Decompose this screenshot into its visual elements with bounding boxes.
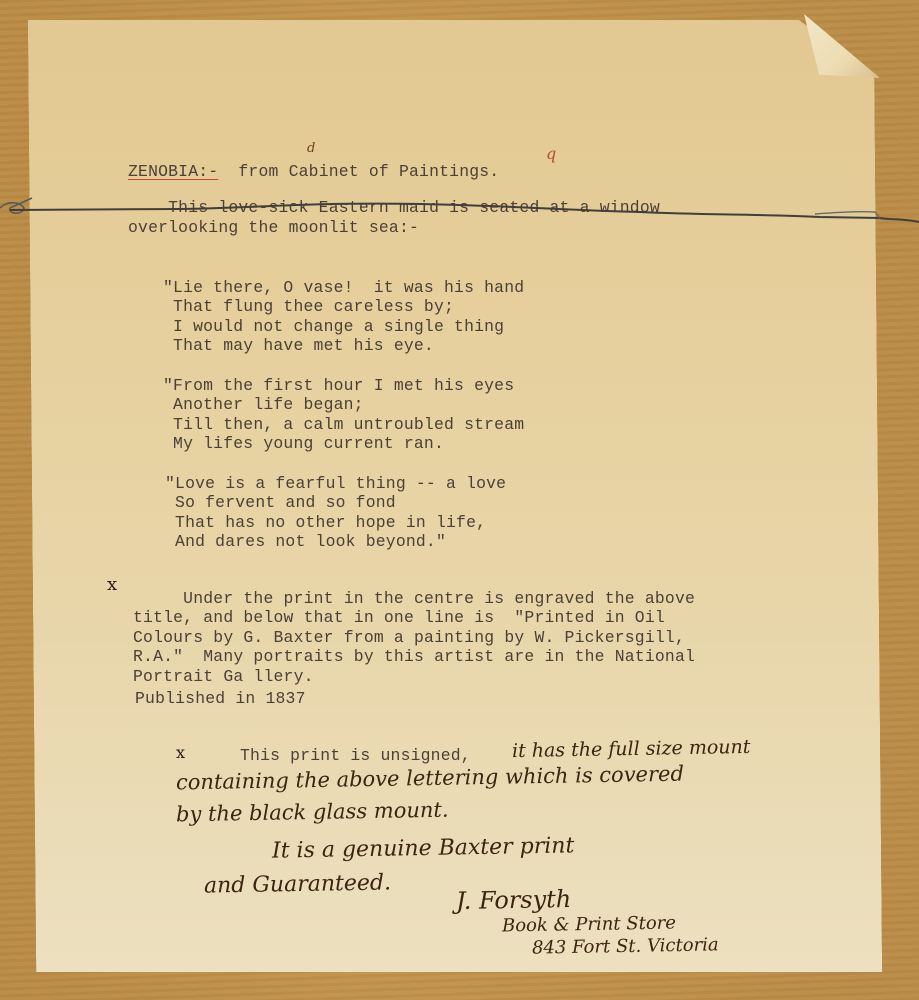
poem-line: That flung thee careless by; bbox=[163, 297, 524, 317]
poem-line: Another life began; bbox=[163, 395, 524, 415]
note-line: Portrait Ga llery. bbox=[133, 667, 695, 687]
handwritten-line: by the black glass mount. bbox=[176, 798, 449, 827]
edit-mark-d: d bbox=[307, 141, 315, 156]
handwritten-line: It is a genuine Baxter print bbox=[272, 833, 575, 863]
handwritten-line: and Guaranteed. bbox=[204, 870, 391, 898]
unsigned-note: This print is unsigned, bbox=[240, 746, 471, 766]
unsigned-x-marker: x bbox=[176, 743, 185, 762]
poem-stanza-3: "Love is a fearful thing -- a love So fe… bbox=[165, 454, 506, 571]
edit-mark-q: q bbox=[546, 144, 556, 163]
poem-line: "Love is a fearful thing -- a love bbox=[165, 474, 506, 494]
intro-line: overlooking the moonlit sea:- bbox=[128, 218, 419, 238]
store-name: Book & Print Store bbox=[502, 912, 676, 936]
document-title: ZENOBIA:- from Cabinet of Paintings. bbox=[128, 162, 499, 182]
poem-line: So fervent and so fond bbox=[165, 493, 506, 513]
poem-line: "Lie there, O vase! it was his hand bbox=[163, 278, 524, 298]
signature: J. Forsyth bbox=[456, 885, 572, 915]
note-line: title, and below that in one line is "Pr… bbox=[133, 608, 695, 628]
title-source: from Cabinet of Paintings. bbox=[218, 162, 499, 181]
note-x-marker: x bbox=[107, 574, 117, 595]
poem-line: And dares not look beyond." bbox=[165, 532, 506, 552]
note-line: Under the print in the centre is engrave… bbox=[133, 589, 695, 609]
intro-line: This love-sick Eastern maid is seated at… bbox=[128, 198, 660, 218]
poem-line: That has no other hope in life, bbox=[165, 513, 506, 533]
poem-line: "From the first hour I met his eyes bbox=[163, 376, 524, 396]
handwritten-line: it has the full size mount bbox=[512, 736, 751, 762]
note-line: R.A." Many portraits by this artist are … bbox=[133, 647, 695, 667]
note-line: Colours by G. Baxter from a painting by … bbox=[133, 628, 695, 648]
published-date: Published in 1837 bbox=[135, 689, 306, 709]
poem-line: Till then, a calm untroubled stream bbox=[163, 415, 524, 435]
poem-line: My lifes young current ran. bbox=[163, 434, 524, 454]
print-note: Under the print in the centre is engrave… bbox=[133, 569, 695, 706]
store-address: 843 Fort St. Victoria bbox=[532, 934, 719, 958]
poem-line: That may have met his eye. bbox=[163, 336, 524, 356]
poem-line: I would not change a single thing bbox=[163, 317, 524, 337]
title-keyword: ZENOBIA:- bbox=[128, 162, 218, 181]
